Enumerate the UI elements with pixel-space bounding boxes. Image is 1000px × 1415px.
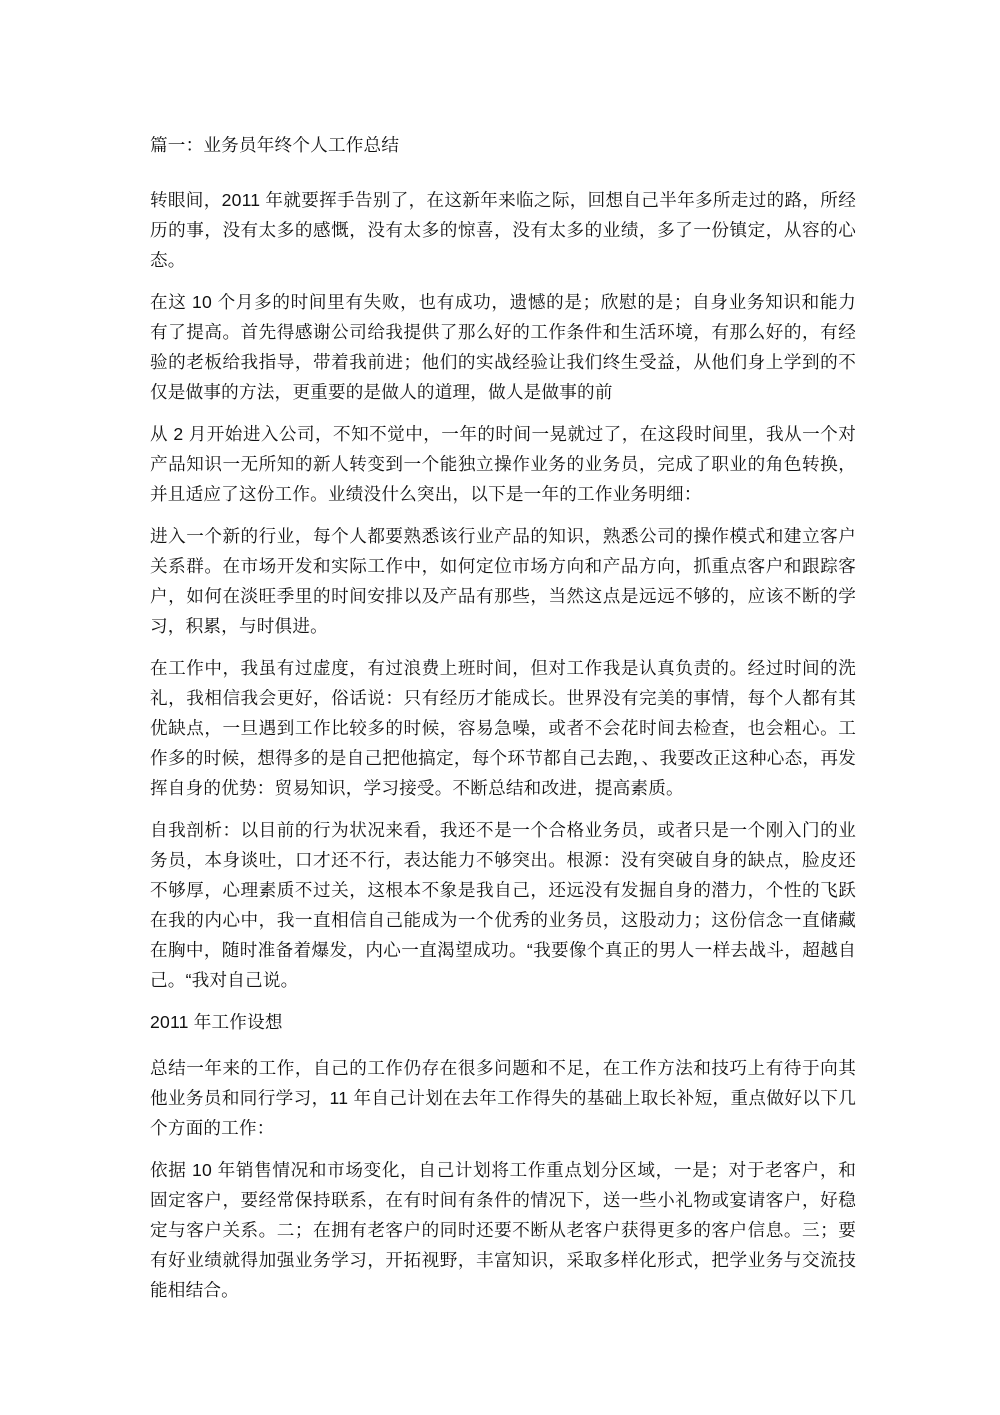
paragraph-self-analysis: 自我剖析：以目前的行为状况来看，我还不是一个合格业务员，或者只是一个刚入门的业务… — [150, 815, 856, 995]
document-content: 篇一：业务员年终个人工作总结 转眼间，2011 年就要挥手告别了，在这新年来临之… — [150, 130, 856, 1317]
paragraph-sales-plan: 依据 10 年销售情况和市场变化，自己计划将工作重点划分区域，一是；对于老客户，… — [150, 1155, 856, 1305]
paragraph-intro: 转眼间，2011 年就要挥手告别了，在这新年来临之际，回想自己半年多所走过的路，… — [150, 185, 856, 275]
paragraph-new-industry: 进入一个新的行业，每个人都要熟悉该行业产品的知识，熟悉公司的操作模式和建立客户关… — [150, 521, 856, 641]
paragraph-work-attitude: 在工作中，我虽有过虚度，有过浪费上班时间，但对工作我是认真负责的。经过时间的洗礼… — [150, 653, 856, 803]
document-title: 篇一：业务员年终个人工作总结 — [150, 130, 856, 160]
paragraph-ten-months: 在这 10 个月多的时间里有失败，也有成功，遗憾的是；欣慰的是；自身业务知识和能… — [150, 287, 856, 407]
paragraph-joined-february: 从 2 月开始进入公司，不知不觉中，一年的时间一晃就过了，在这段时间里，我从一个… — [150, 419, 856, 509]
document-page: 篇一：业务员年终个人工作总结 转眼间，2011 年就要挥手告别了，在这新年来临之… — [0, 0, 1000, 1415]
paragraph-yearly-summary: 总结一年来的工作，自己的工作仍存在很多问题和不足，在工作方法和技巧上有待于向其他… — [150, 1053, 856, 1143]
section-heading-2011-plan: 2011 年工作设想 — [150, 1007, 856, 1037]
